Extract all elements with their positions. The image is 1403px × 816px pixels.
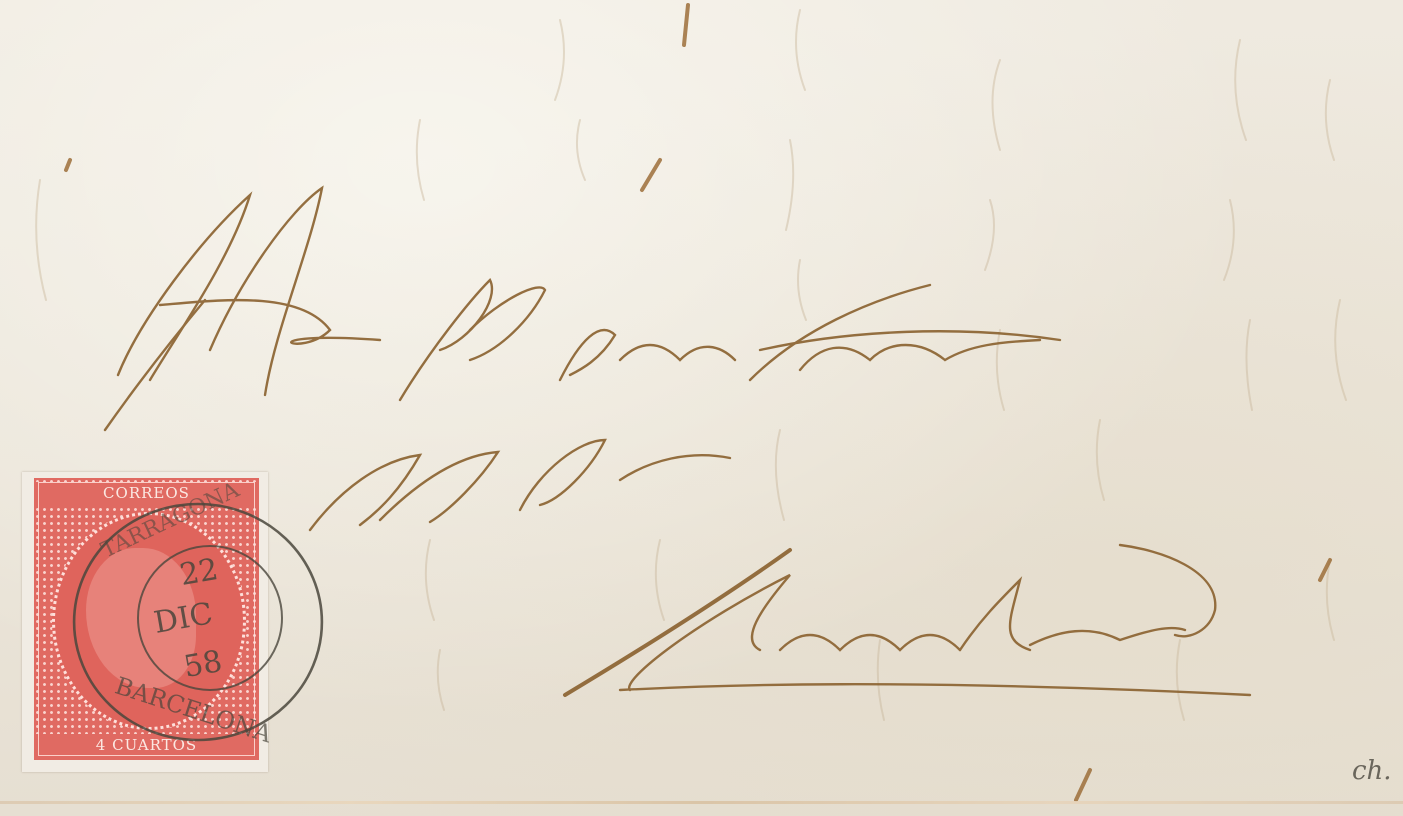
paper-fold-line [0,801,1403,804]
postmark-cancellation: 22 DIC 58 TARRAGONA BARCELONA [72,486,340,754]
postmark-year: 58 [182,647,225,683]
corner-pencil-mark: ch. [1352,756,1392,786]
postmark-day: 22 [178,555,221,591]
